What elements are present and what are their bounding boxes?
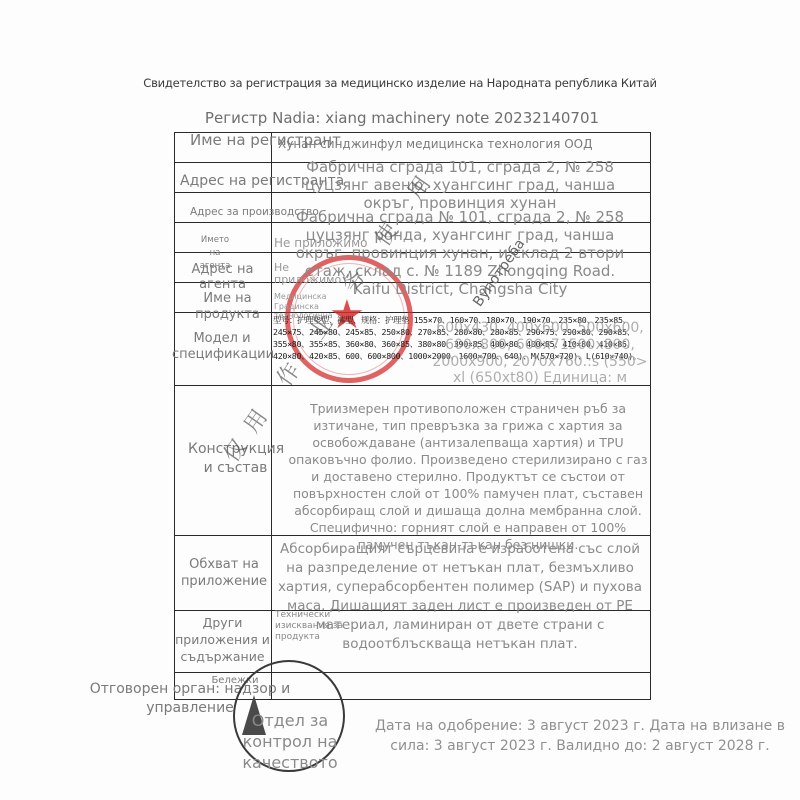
label-registrant-name: Име на регистрант bbox=[190, 132, 270, 149]
label-production-address: Адрес за производство bbox=[190, 206, 270, 218]
value-other-content: Технически изисквания за продукта bbox=[275, 610, 385, 642]
value-construction: Триизмерен противоположен страничен ръб … bbox=[288, 400, 648, 553]
quality-control-department: Отдел за контрол на качеството bbox=[240, 710, 340, 773]
label-product-name: Име на продукта bbox=[195, 291, 260, 323]
value-registrant-address: Фабрична сграда 101, сграда 2, № 258 цуц… bbox=[285, 158, 635, 212]
label-agent-address: Адрес на агента bbox=[190, 262, 255, 292]
certificate-title: Свидетелство за регистрация за медицинск… bbox=[0, 76, 800, 90]
value-model-spec: 600x430, 400x600, 500x600, 600x800, 600x… bbox=[430, 320, 650, 387]
row-divider bbox=[174, 672, 651, 673]
label-registrant-address: Адрес на регистранта bbox=[180, 173, 275, 189]
label-application-scope: Обхват на приложение bbox=[180, 556, 268, 590]
value-agent-name: Не приложимо bbox=[274, 236, 368, 250]
label-model-spec: Модел и спецификации bbox=[172, 331, 272, 363]
registration-number: Регистр Nadia: xiang machinery note 2023… bbox=[0, 109, 800, 127]
value-registrant-name: Хунан синджинфул медицинска технология О… bbox=[275, 137, 645, 151]
label-other-content: Други приложения и съдържание bbox=[174, 614, 271, 665]
validity-dates: Дата на одобрение: 3 август 2023 г. Дата… bbox=[365, 716, 795, 756]
